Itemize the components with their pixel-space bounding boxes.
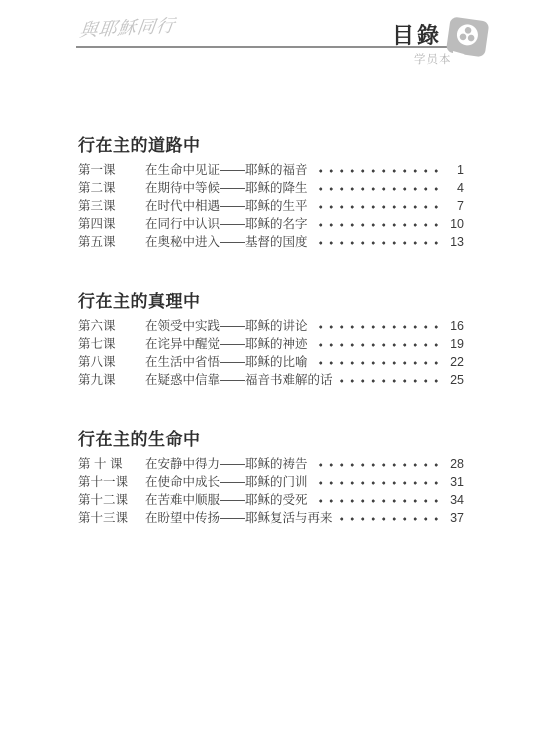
lesson-title: 在盼望中传扬——耶稣复活与再来 xyxy=(145,509,333,527)
toc-section-truth: 行在主的真理中 第六课 在领受中实践——耶稣的讲论 16 第七课 在诧异中醒觉—… xyxy=(78,292,464,389)
lesson-number: 第一课 xyxy=(78,161,145,179)
toc-entry: 第八课 在生活中省悟——耶稣的比喻 22 xyxy=(78,353,464,371)
dot-leader xyxy=(315,499,441,503)
page-number: 7 xyxy=(446,197,464,215)
lesson-number: 第六课 xyxy=(78,317,145,335)
lesson-title: 在安静中得力——耶稣的祷告 xyxy=(145,455,308,473)
toc-section-way: 行在主的道路中 第一课 在生命中见证——耶稣的福音 1 第二课 在期待中等候——… xyxy=(78,136,464,251)
lesson-number: 第二课 xyxy=(78,179,145,197)
toc-entry: 第十一课 在使命中成长——耶稣的门训 31 xyxy=(78,473,464,491)
toc-entry: 第十二课 在苦难中顺服——耶稣的受死 34 xyxy=(78,491,464,509)
section-heading: 行在主的道路中 xyxy=(78,136,464,156)
dot-leader xyxy=(315,187,441,191)
toc-entry: 第五课 在奥秘中进入——基督的国度 13 xyxy=(78,233,464,251)
lesson-number: 第五课 xyxy=(78,233,145,251)
toc-entry: 第一课 在生命中见证——耶稣的福音 1 xyxy=(78,161,464,179)
section-heading: 行在主的真理中 xyxy=(78,292,464,312)
page-number: 16 xyxy=(446,317,464,335)
lesson-title: 在同行中认识——耶稣的名字 xyxy=(145,215,308,233)
brand-logo: 與耶穌同行 xyxy=(78,12,177,43)
dot-leader xyxy=(315,325,441,329)
dot-leader xyxy=(340,379,441,383)
lesson-number: 第十三课 xyxy=(78,509,145,527)
page-number: 25 xyxy=(446,371,464,389)
toc-entry: 第 十 课 在安静中得力——耶稣的祷告 28 xyxy=(78,455,464,473)
dot-leader xyxy=(340,517,441,521)
trefoil-bubble-icon xyxy=(443,15,493,61)
toc-section-life: 行在主的生命中 第 十 课 在安静中得力——耶稣的祷告 28 第十一课 在使命中… xyxy=(78,430,464,527)
lesson-title: 在奥秘中进入——基督的国度 xyxy=(145,233,308,251)
lesson-number: 第四课 xyxy=(78,215,145,233)
page-number: 37 xyxy=(446,509,464,527)
toc-entry: 第二课 在期待中等候——耶稣的降生 4 xyxy=(78,179,464,197)
lesson-title: 在生活中省悟——耶稣的比喻 xyxy=(145,353,308,371)
dot-leader xyxy=(315,481,441,485)
lesson-title: 在时代中相遇——耶稣的生平 xyxy=(145,197,308,215)
page-number: 10 xyxy=(446,215,464,233)
lesson-number: 第八课 xyxy=(78,353,145,371)
lesson-title: 在诧异中醒觉——耶稣的神迹 xyxy=(145,335,308,353)
lesson-number: 第九课 xyxy=(78,371,145,389)
dot-leader xyxy=(315,343,441,347)
toc-entry: 第六课 在领受中实践——耶稣的讲论 16 xyxy=(78,317,464,335)
toc-entry: 第十三课 在盼望中传扬——耶稣复活与再来 37 xyxy=(78,509,464,527)
page-number: 31 xyxy=(446,473,464,491)
lesson-number: 第三课 xyxy=(78,197,145,215)
lesson-number: 第 十 课 xyxy=(78,455,145,473)
page-number: 1 xyxy=(446,161,464,179)
page-number: 28 xyxy=(446,455,464,473)
dot-leader xyxy=(315,205,441,209)
dot-leader xyxy=(315,223,441,227)
page-number: 19 xyxy=(446,335,464,353)
lesson-title: 在领受中实践——耶稣的讲论 xyxy=(145,317,308,335)
lesson-title: 在苦难中顺服——耶稣的受死 xyxy=(145,491,308,509)
page-number: 13 xyxy=(446,233,464,251)
dot-leader xyxy=(315,361,441,365)
lesson-title: 在使命中成长——耶稣的门训 xyxy=(145,473,308,491)
lesson-title: 在期待中等候——耶稣的降生 xyxy=(145,179,308,197)
dot-leader xyxy=(315,241,441,245)
toc-entry: 第九课 在疑惑中信靠——福音书难解的话 25 xyxy=(78,371,464,389)
section-heading: 行在主的生命中 xyxy=(78,430,464,450)
dot-leader xyxy=(315,463,441,467)
dot-leader xyxy=(315,169,441,173)
toc-entry: 第三课 在时代中相遇——耶稣的生平 7 xyxy=(78,197,464,215)
page-number: 34 xyxy=(446,491,464,509)
lesson-title: 在生命中见证——耶稣的福音 xyxy=(145,161,308,179)
toc-entry: 第四课 在同行中认识——耶稣的名字 10 xyxy=(78,215,464,233)
toc-page: 與耶穌同行 目錄 学员本 行在主的道路中 第一课 在生命中见证——耶稣的福音 1… xyxy=(0,0,533,754)
page-number: 22 xyxy=(446,353,464,371)
lesson-number: 第七课 xyxy=(78,335,145,353)
lesson-number: 第十二课 xyxy=(78,491,145,509)
header-divider xyxy=(76,46,448,48)
lesson-title: 在疑惑中信靠——福音书难解的话 xyxy=(145,371,333,389)
toc-entry: 第七课 在诧异中醒觉——耶稣的神迹 19 xyxy=(78,335,464,353)
page-number: 4 xyxy=(446,179,464,197)
lesson-number: 第十一课 xyxy=(78,473,145,491)
